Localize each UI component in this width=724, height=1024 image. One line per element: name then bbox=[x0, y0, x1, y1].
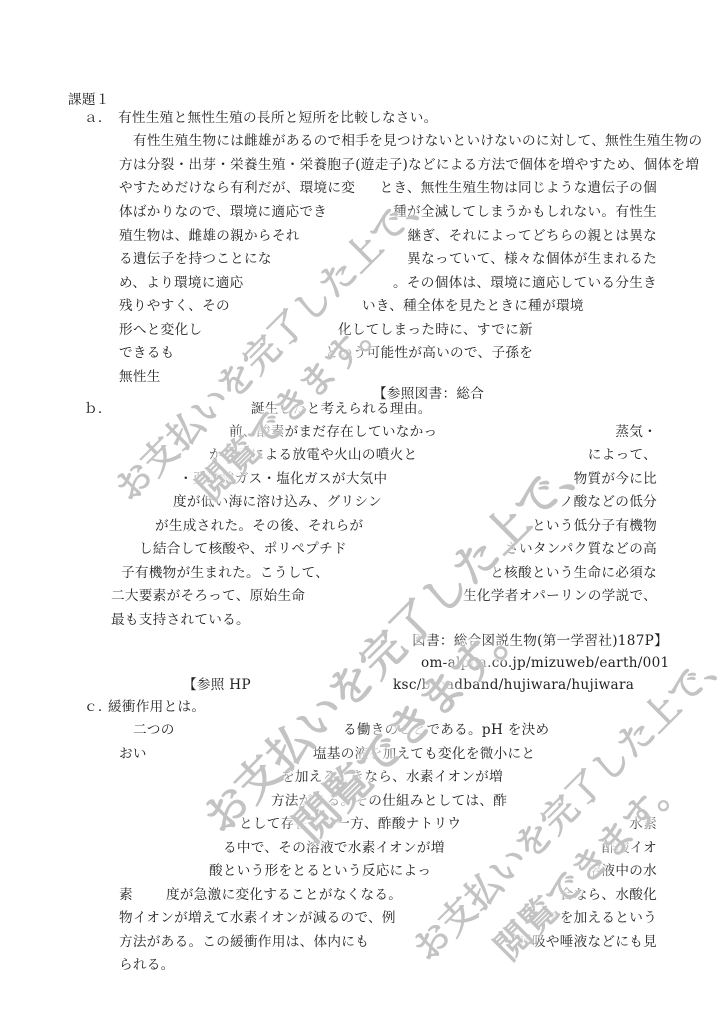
section-b-label: ｂ． bbox=[84, 400, 112, 418]
section-b-line: によって、 bbox=[588, 446, 657, 464]
section-a-label: ａ． bbox=[84, 109, 112, 127]
section-b-line: 子有機物が生まれた。こうして、 bbox=[121, 564, 329, 582]
section-a-line: 殖生物は、雌雄の親からそれ bbox=[119, 227, 300, 245]
section-a-line: 有性生殖生物には雌雄があるので相手を見つけないといけないのに対して、無性生殖生物… bbox=[133, 132, 702, 150]
section-a-line: 体ばかりなので、環境に適応でき bbox=[119, 203, 327, 221]
section-c-line: 方法がある。この緩衝作用は、体内にも bbox=[119, 933, 369, 951]
section-c-line: られる。 bbox=[119, 956, 175, 974]
section-c-line: 物イオンが増えて水素イオンが減るので、例 bbox=[119, 909, 396, 927]
section-c-line: 素 bbox=[119, 886, 133, 904]
section-b-line: 蒸気・ bbox=[615, 423, 657, 441]
section-b-line: 最も支持されている。 bbox=[111, 611, 250, 629]
section-a-line: る遺伝子を持つことにな bbox=[119, 250, 272, 268]
section-a-line: できるも bbox=[119, 344, 175, 362]
section-b-line: 二大要素がそろって、原始生命 bbox=[111, 587, 305, 605]
section-c-line: 酸という形をとるという反応によっ bbox=[209, 862, 431, 880]
section-c-line: 二つの bbox=[133, 721, 175, 739]
section-c-line: おい bbox=[119, 745, 147, 763]
section-a-line: 形へと変化し bbox=[119, 321, 202, 339]
assignment-heading: 課題１ bbox=[68, 91, 110, 109]
section-a-question: 有性生殖と無性生殖の長所と短所を比較しなさい。 bbox=[118, 109, 438, 127]
document-page: 課題１ ａ． 有性生殖と無性生殖の長所と短所を比較しなさい。 有性生殖生物には雌… bbox=[0, 0, 724, 1024]
section-a-line: 残りやすく、その bbox=[119, 297, 230, 315]
section-b-reference-hp-label: 【参照 HP bbox=[183, 676, 251, 694]
section-c-question: 緩衝作用とは。 bbox=[108, 698, 205, 716]
section-a-line: 無性生 bbox=[119, 368, 161, 386]
section-a-line: め、より環境に適応 bbox=[119, 274, 244, 292]
section-a-line: やすためだけなら有利だが、環境に変 bbox=[119, 179, 355, 197]
